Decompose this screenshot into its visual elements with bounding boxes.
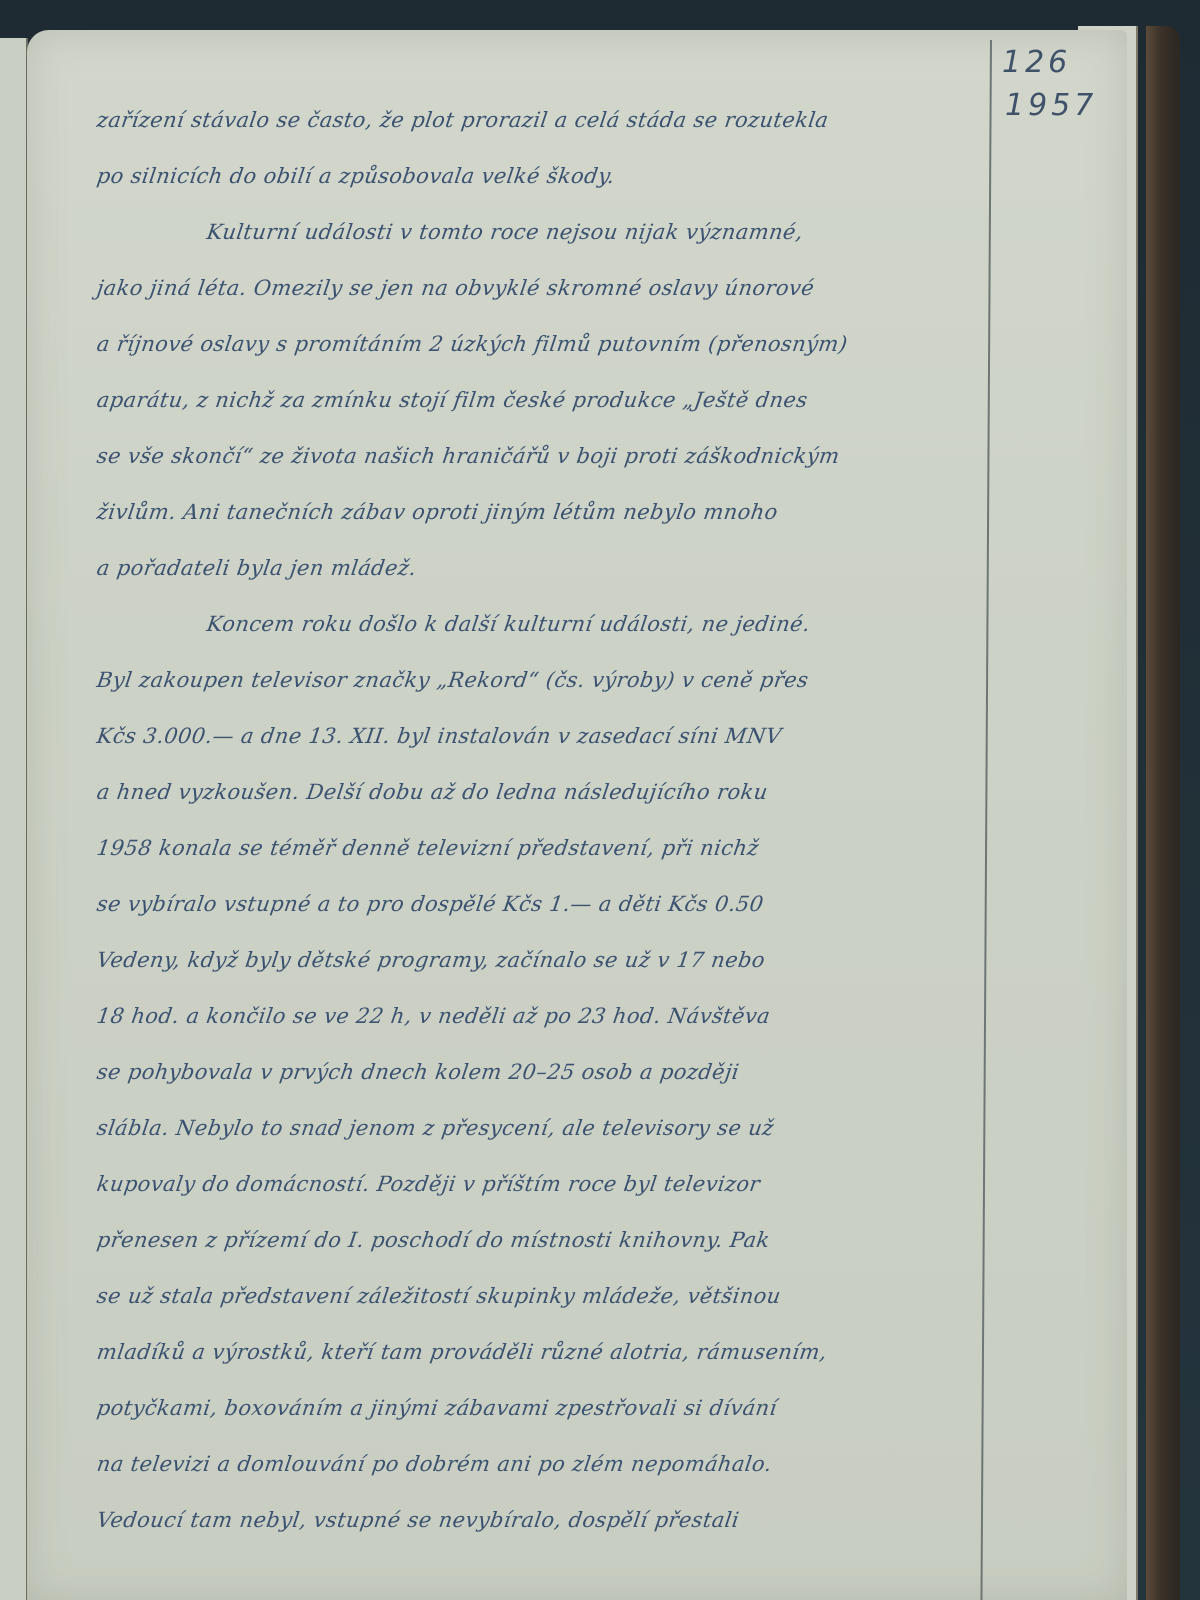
handwritten-line: Kulturní události v tomto roce nejsou ni… [93,204,991,260]
handwritten-line: se vše skončí“ ze života našich hraničář… [93,428,991,484]
page-number: 126 [1002,45,1071,80]
handwritten-line: se vybíralo vstupné a to pro dospělé Kčs… [93,876,991,932]
handwritten-line: mladíků a výrostků, kteří tam prováděli … [93,1324,991,1380]
handwritten-line: 18 hod. a končilo se ve 22 h, v neděli a… [93,988,991,1044]
handwritten-line: přenesen z přízemí do I. poschodí do mís… [93,1212,991,1268]
handwritten-line: Byl zakoupen televisor značky „Rekord“ (… [93,652,991,708]
handwritten-line: Koncem roku došlo k další kulturní událo… [93,596,991,652]
handwritten-line: aparátu, z nichž za zmínku stojí film če… [93,372,991,428]
handwritten-line: na televizi a domlouvání po dobrém ani p… [93,1436,991,1492]
handwritten-line: jako jiná léta. Omezily se jen na obvykl… [93,260,991,316]
handwritten-line: Vedeny, když byly dětské programy, začín… [93,932,991,988]
handwritten-text-body: zařízení stávalo se často, že plot prora… [97,92,987,1548]
handwritten-line: slábla. Nebylo to snad jenom z přesycení… [93,1100,991,1156]
handwritten-line: Kčs 3.000.— a dne 13. XII. byl instalová… [93,708,991,764]
chronicle-page: 126 1957 zařízení stávalo se často, že p… [27,30,1127,1600]
handwritten-line: a pořadateli byla jen mládež. [93,540,991,596]
handwritten-line: zařízení stávalo se často, že plot prora… [93,92,991,148]
handwritten-line: potyčkami, boxováním a jinými zábavami z… [93,1380,991,1436]
handwritten-line: po silnicích do obilí a způsobovala velk… [93,148,991,204]
handwritten-line: 1958 konala se téměř denně televizní pře… [93,820,991,876]
handwritten-line: živlům. Ani tanečních zábav oproti jiným… [93,484,991,540]
handwritten-line: a hned vyzkoušen. Delší dobu až do ledna… [93,764,991,820]
handwritten-line: Vedoucí tam nebyl, vstupné se nevybíralo… [93,1492,991,1548]
handwritten-line: kupovaly do domácností. Později v příští… [93,1156,991,1212]
handwritten-line: se už stala představení záležitostí skup… [93,1268,991,1324]
book-cover-edge [1146,26,1180,1600]
handwritten-line: a říjnové oslavy s promítáním 2 úzkých f… [93,316,991,372]
page-year: 1957 [1005,88,1097,123]
facing-page-edge [0,38,28,1600]
handwritten-line: se pohybovala v prvých dnech kolem 20–25… [93,1044,991,1100]
